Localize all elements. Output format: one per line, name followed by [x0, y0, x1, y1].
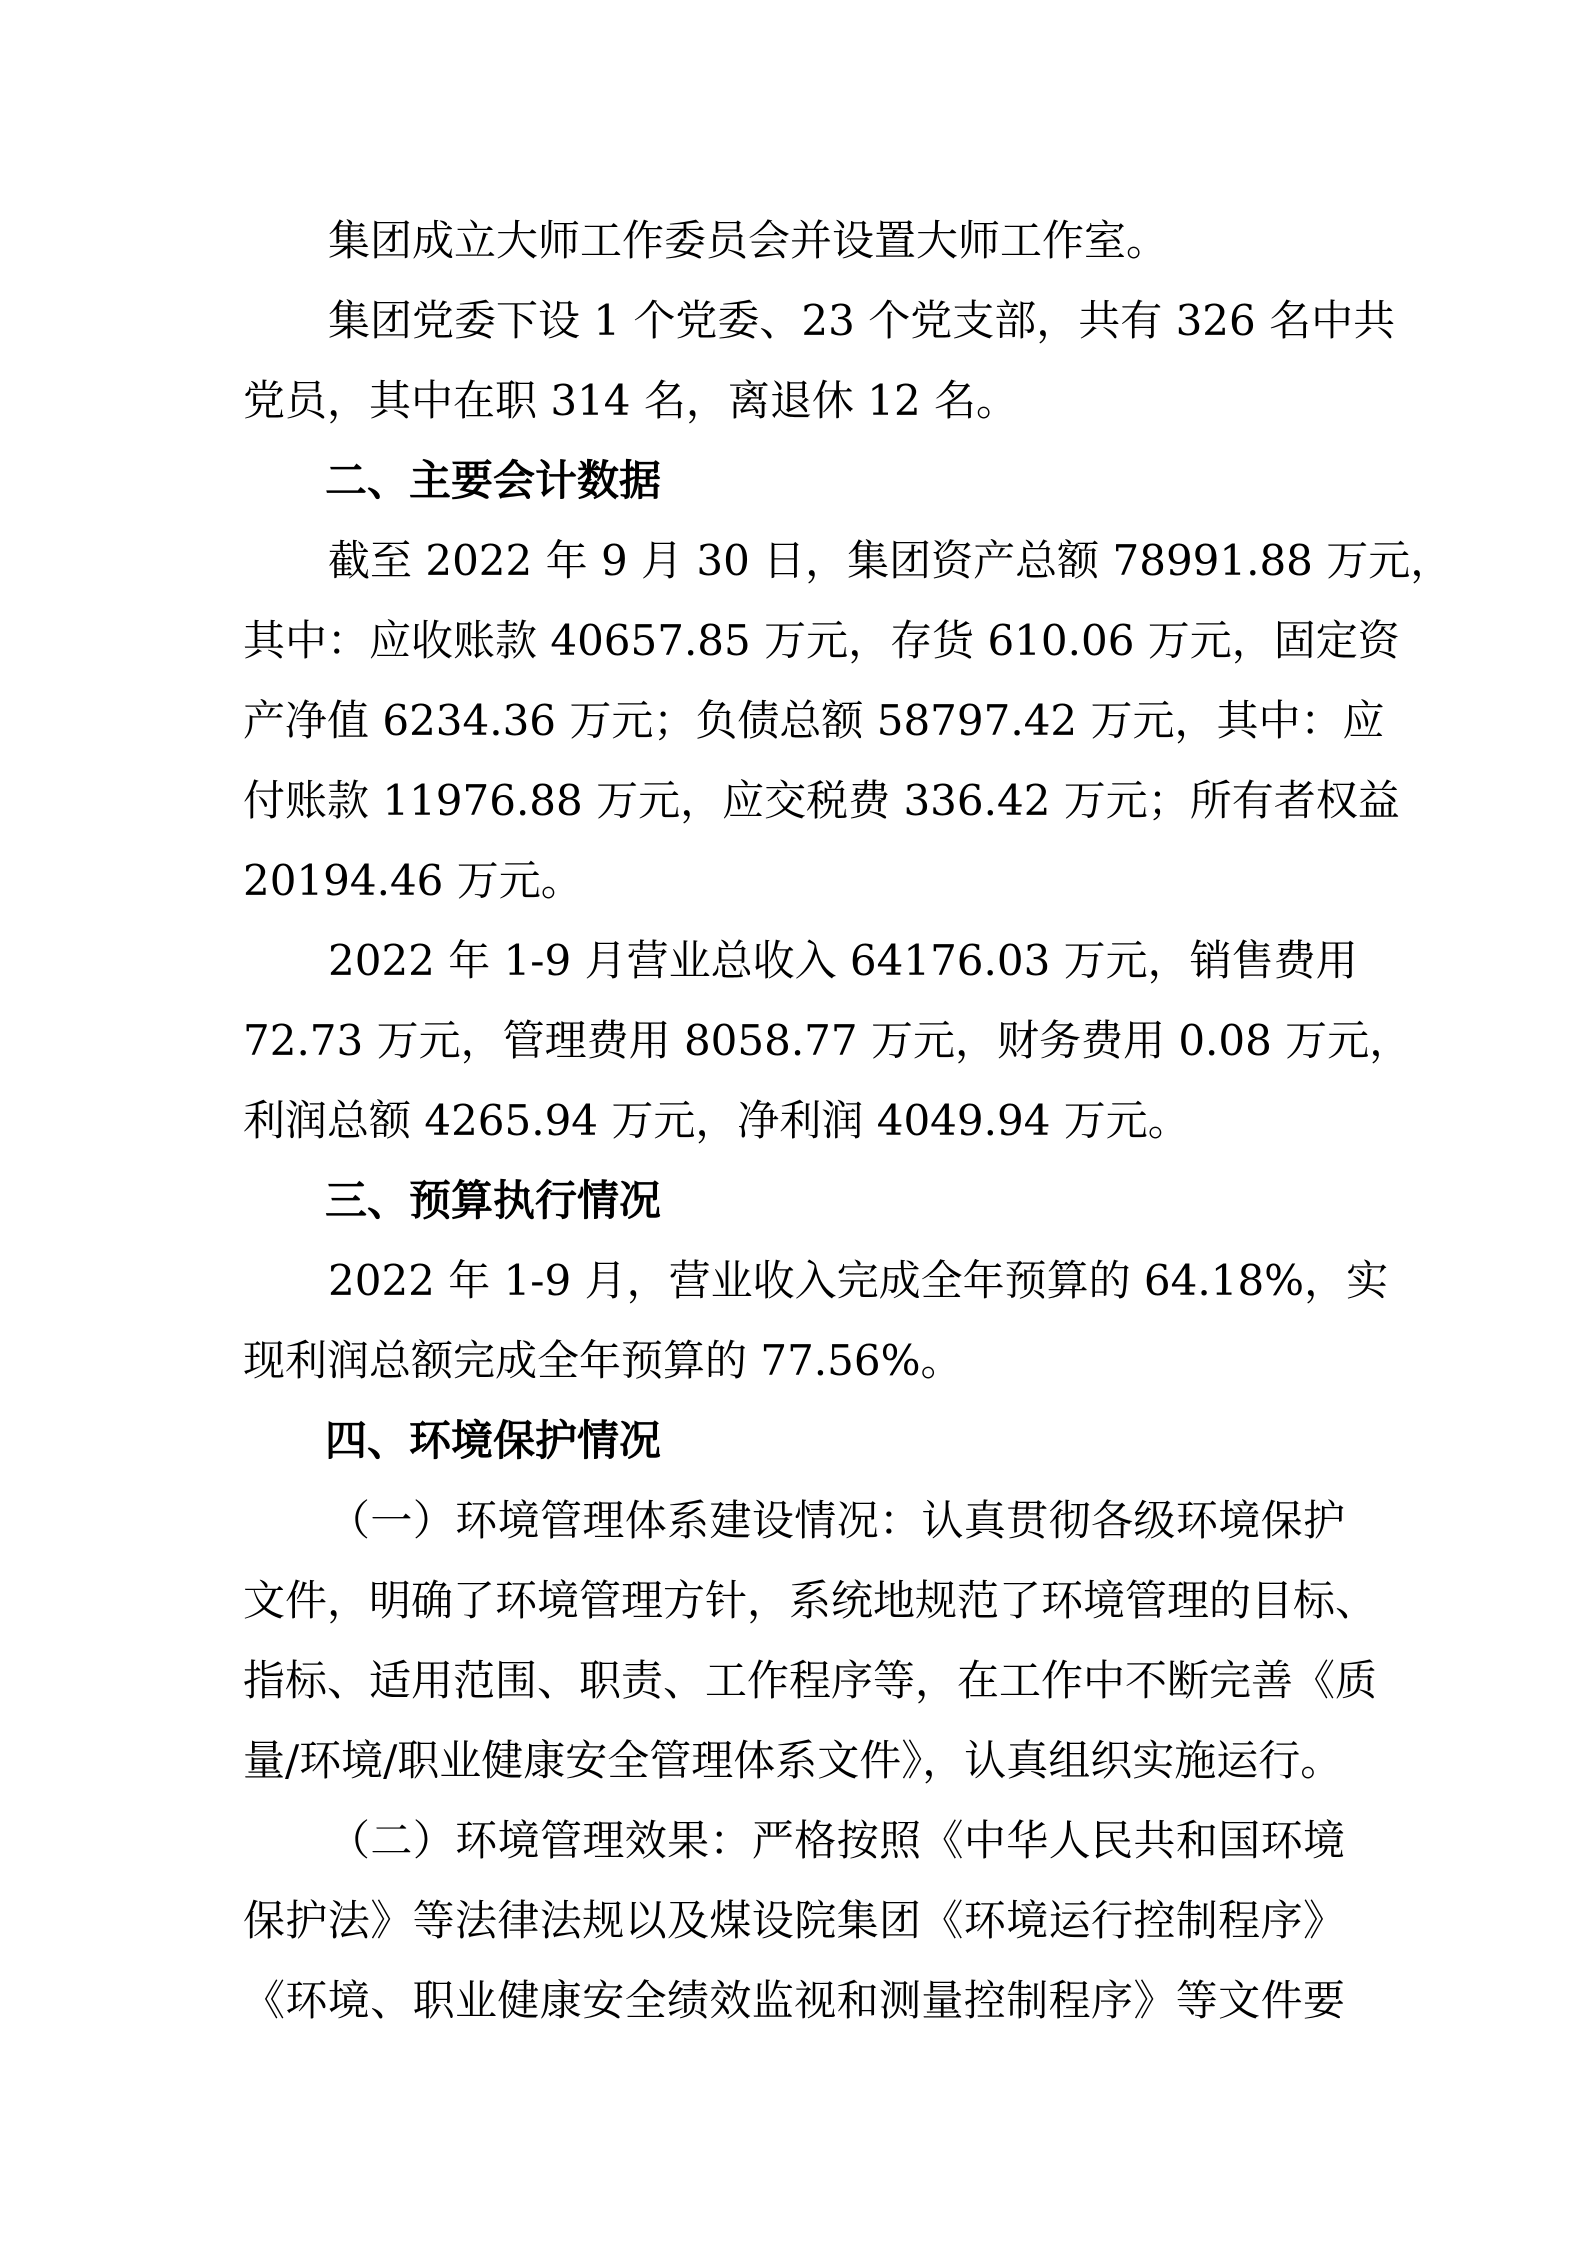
paragraph-budget-line-2: 现利润总额完成全年预算的 77.56%。 — [243, 1321, 1345, 1401]
paragraph-income-line-2: 72.73 万元，管理费用 8058.77 万元，财务费用 0.08 万元， — [243, 1001, 1345, 1081]
paragraph-party-organization-line-2: 党员，其中在职 314 名，离退休 12 名。 — [243, 361, 1345, 441]
section-heading-environmental-protection: 四、环境保护情况 — [243, 1401, 1345, 1481]
paragraph-balance-sheet-line-2: 其中：应收账款 40657.85 万元，存货 610.06 万元，固定资 — [243, 601, 1345, 681]
paragraph-balance-sheet-line-1: 截至 2022 年 9 月 30 日，集团资产总额 78991.88 万元， — [243, 521, 1345, 601]
paragraph-balance-sheet-line-4: 付账款 11976.88 万元，应交税费 336.42 万元；所有者权益 — [243, 761, 1345, 841]
paragraph-env-system-line-2: 文件，明确了环境管理方针，系统地规范了环境管理的目标、 — [243, 1561, 1345, 1641]
paragraph-env-system-line-1: （一）环境管理体系建设情况：认真贯彻各级环境保护 — [243, 1481, 1345, 1561]
paragraph-env-effect-line-3: 《环境、职业健康安全绩效监视和测量控制程序》等文件要 — [243, 1961, 1345, 2041]
section-heading-budget-execution: 三、预算执行情况 — [243, 1161, 1345, 1241]
paragraph-budget-line-1: 2022 年 1-9 月，营业收入完成全年预算的 64.18%，实 — [243, 1241, 1345, 1321]
paragraph-balance-sheet-line-3: 产净值 6234.36 万元；负债总额 58797.42 万元，其中：应 — [243, 681, 1345, 761]
paragraph-env-effect-line-1: （二）环境管理效果：严格按照《中华人民共和国环境 — [243, 1801, 1345, 1881]
body-text: 集团成立大师工作委员会并设置大师工作室。 集团党委下设 1 个党委、23 个党支… — [243, 201, 1345, 2041]
paragraph-party-organization-line-1: 集团党委下设 1 个党委、23 个党支部，共有 326 名中共 — [243, 281, 1345, 361]
paragraph-master-studio: 集团成立大师工作委员会并设置大师工作室。 — [243, 201, 1345, 281]
document-page: 集团成立大师工作委员会并设置大师工作室。 集团党委下设 1 个党委、23 个党支… — [0, 0, 1587, 2245]
paragraph-income-line-1: 2022 年 1-9 月营业总收入 64176.03 万元，销售费用 — [243, 921, 1345, 1001]
paragraph-balance-sheet-line-5: 20194.46 万元。 — [243, 841, 1345, 921]
paragraph-income-line-3: 利润总额 4265.94 万元，净利润 4049.94 万元。 — [243, 1081, 1345, 1161]
paragraph-env-system-line-4: 量/环境/职业健康安全管理体系文件》，认真组织实施运行。 — [243, 1721, 1345, 1801]
paragraph-env-system-line-3: 指标、适用范围、职责、工作程序等，在工作中不断完善《质 — [243, 1641, 1345, 1721]
paragraph-env-effect-line-2: 保护法》等法律法规以及煤设院集团《环境运行控制程序》 — [243, 1881, 1345, 1961]
section-heading-accounting-data: 二、主要会计数据 — [243, 441, 1345, 521]
